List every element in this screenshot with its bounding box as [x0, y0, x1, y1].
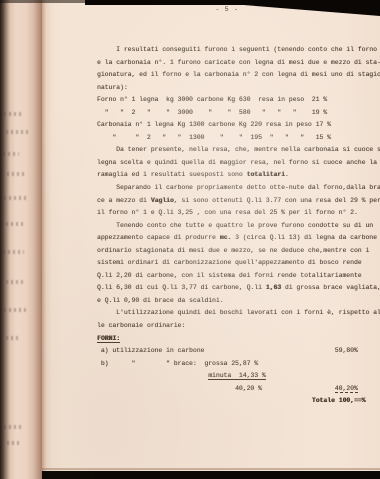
bleedthrough-smudge [4, 196, 28, 200]
text-line: sistemi ordinari di carbonizzazione quel… [97, 257, 380, 270]
text-line: ordinario stagionata di mesi due e mezzo… [97, 245, 380, 258]
bleedthrough-smudge [6, 222, 24, 226]
text-line: Carbonaia n° 1 legna Kg 1300 carbone Kg … [97, 119, 380, 132]
text-line: minuta 14,33 % [97, 370, 380, 383]
text-line: Separando il carbone propriamente detto … [97, 182, 380, 195]
text-line: e la carbonaia n°. 1 furono caricate con… [97, 57, 380, 70]
text-line: e Q.li 0,90 di brace da scaldini. [97, 295, 380, 308]
text-line: L'utilizzazione quindi dei boschi lavora… [97, 307, 380, 320]
text-line: Forno n° 1 legna kg 3000 carbone Kg 630 … [97, 94, 380, 107]
scan-edge-top-left [0, 0, 85, 3]
text-line: appezzamento capace di produrre mc. 3 (c… [97, 232, 380, 245]
bleedthrough-smudge [6, 280, 23, 284]
text-line: legna scelta e quindi quella di maggior … [97, 157, 380, 170]
text-line: gionatura, ed il forno e la carbonaia n°… [97, 69, 380, 82]
bleedthrough-smudge [7, 172, 27, 176]
text-line: Tenendo conto che tutte e quattro le pro… [97, 220, 380, 233]
scanned-document: - 5 - I resultati conseguiti furono i se… [0, 0, 380, 479]
text-body: I resultati conseguiti furono i seguenti… [97, 44, 380, 408]
bleedthrough-smudge [4, 425, 24, 429]
previous-page-edge [0, 0, 42, 479]
bleedthrough-smudge [7, 441, 21, 445]
text-line: 40,20 % 40,20% [97, 383, 380, 396]
bleedthrough-smudge [3, 250, 24, 254]
text-line: natura): [97, 82, 380, 95]
scan-edge-bottom [92, 471, 380, 479]
text-line: Q.li 2,20 di carbone, con il sistema dei… [97, 270, 380, 283]
text-line: il forno n° 1 e Q.li 3,25 , con una resa… [97, 207, 380, 220]
bleedthrough-smudge [4, 308, 26, 312]
text-line: " " 2 " " 3000 " " 580 " " " 19 % [97, 107, 380, 120]
text-line: a) utilizzazione in carbone 59,80% [97, 345, 380, 358]
bleedthrough-smudge [6, 336, 21, 340]
text-line: Q.li 6,30 di cui Q.li 3,77 di carbone, Q… [97, 282, 380, 295]
text-line: Totale 100,==% [97, 395, 380, 408]
text-line: I resultati conseguiti furono i seguenti… [97, 44, 380, 57]
text-line: " " 2 " " 1300 " " 195 " " " 15 % [97, 132, 380, 145]
document-page: - 5 - I resultati conseguiti furono i se… [42, 0, 380, 471]
bleedthrough-smudge [3, 152, 19, 156]
text-line: FORNI: [97, 333, 380, 346]
text-line: b) " " brace: grossa 25,87 % [97, 358, 380, 371]
text-line: le carbonaie ordinarie: [97, 320, 380, 333]
bleedthrough-smudge [6, 130, 28, 134]
bleedthrough-smudge [4, 112, 22, 116]
text-line: ramaglia ed i resultati suesposti sono t… [97, 169, 380, 182]
page-bottom-shadow [42, 468, 380, 470]
text-line: Da tener presente, nella resa, che, ment… [97, 144, 380, 157]
text-line: ce a mezzo di Vaglio, si sono ottenuti Q… [97, 195, 380, 208]
